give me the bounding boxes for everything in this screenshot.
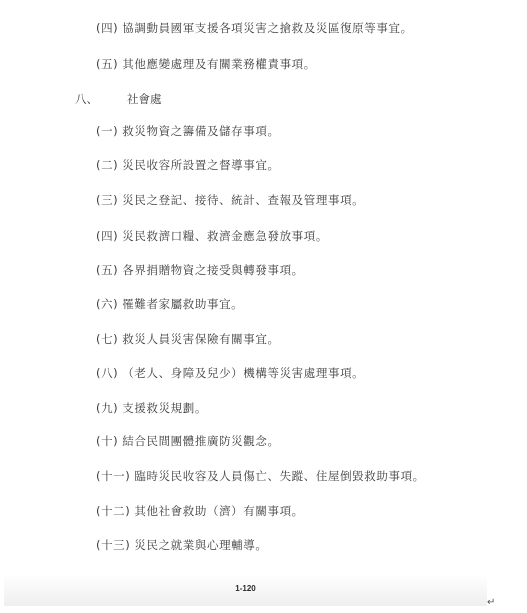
item-text: 其他應變處理及有關業務權責事項。 bbox=[122, 57, 316, 71]
item-text: 救災人員災害保險有關事宜。 bbox=[122, 332, 279, 346]
list-item: (三)災民之登記、接待、統計、查報及管理事項。 bbox=[96, 193, 364, 207]
item-text: 支援救災規劃。 bbox=[122, 401, 207, 415]
document-page: (四)協調動員國軍支援各項災害之搶救及災區復原等事宜。 (五)其他應變處理及有關… bbox=[0, 0, 527, 613]
item-text: 災民收容所設置之督導事宜。 bbox=[122, 158, 279, 172]
list-item: (五)其他應變處理及有關業務權責事項。 bbox=[96, 57, 316, 71]
section-number: 八、 bbox=[75, 92, 127, 106]
item-text: 災民救濟口糧、救濟金應急發放事項。 bbox=[122, 229, 328, 243]
list-item: (五)各界捐贈物資之接受與轉發事項。 bbox=[96, 263, 304, 277]
list-item: (九)支援救災規劃。 bbox=[96, 401, 207, 415]
item-text: 災民之登記、接待、統計、查報及管理事項。 bbox=[122, 193, 364, 207]
page-number: 1-120 bbox=[4, 584, 487, 594]
item-text: （老人、身障及兒少）機構等災害處理事項。 bbox=[122, 366, 364, 380]
item-number: (十一) bbox=[96, 469, 130, 483]
list-item: (八)（老人、身障及兒少）機構等災害處理事項。 bbox=[96, 366, 364, 380]
item-text: 協調動員國軍支援各項災害之搶救及災區復原等事宜。 bbox=[122, 21, 412, 35]
list-item: (七)救災人員災害保險有關事宜。 bbox=[96, 332, 280, 346]
list-item: (十二)其他社會救助（濟）有關事項。 bbox=[96, 504, 304, 518]
paragraph-mark-icon: ↵ bbox=[487, 597, 495, 609]
section-heading: 八、社會處 bbox=[75, 92, 162, 106]
item-number: (七) bbox=[96, 332, 118, 346]
item-text: 臨時災民收容及人員傷亡、失蹤、住屋倒毀救助事項。 bbox=[134, 469, 424, 483]
item-text: 救災物資之籌備及儲存事項。 bbox=[122, 124, 279, 138]
list-item: (十一)臨時災民收容及人員傷亡、失蹤、住屋倒毀救助事項。 bbox=[96, 469, 425, 483]
item-number: (四) bbox=[96, 229, 118, 243]
item-text: 其他社會救助（濟）有關事項。 bbox=[134, 504, 303, 518]
item-text: 各界捐贈物資之接受與轉發事項。 bbox=[122, 263, 304, 277]
list-item: (十三)災民之就業與心理輔導。 bbox=[96, 538, 267, 552]
item-number: (五) bbox=[96, 263, 118, 277]
item-number: (三) bbox=[96, 193, 118, 207]
item-number: (十二) bbox=[96, 504, 130, 518]
item-number: (八) bbox=[96, 366, 118, 380]
item-number: (五) bbox=[96, 57, 118, 71]
item-text: 罹難者家屬救助事宜。 bbox=[122, 297, 243, 311]
list-item: (六)罹難者家屬救助事宜。 bbox=[96, 297, 243, 311]
item-text: 災民之就業與心理輔導。 bbox=[134, 538, 267, 552]
list-item: (十)結合民間團體推廣防災觀念。 bbox=[96, 434, 280, 448]
item-number: (二) bbox=[96, 158, 118, 172]
item-number: (十三) bbox=[96, 538, 130, 552]
item-text: 結合民間團體推廣防災觀念。 bbox=[122, 434, 279, 448]
item-number: (四) bbox=[96, 21, 118, 35]
list-item: (一)救災物資之籌備及儲存事項。 bbox=[96, 124, 280, 138]
item-number: (九) bbox=[96, 401, 118, 415]
section-title: 社會處 bbox=[127, 92, 162, 106]
item-number: (六) bbox=[96, 297, 118, 311]
page-footer: 1-120 bbox=[4, 574, 487, 606]
item-number: (十) bbox=[96, 434, 118, 448]
list-item: (四)災民救濟口糧、救濟金應急發放事項。 bbox=[96, 229, 328, 243]
item-number: (一) bbox=[96, 124, 118, 138]
list-item: (四)協調動員國軍支援各項災害之搶救及災區復原等事宜。 bbox=[96, 21, 413, 35]
list-item: (二)災民收容所設置之督導事宜。 bbox=[96, 158, 280, 172]
